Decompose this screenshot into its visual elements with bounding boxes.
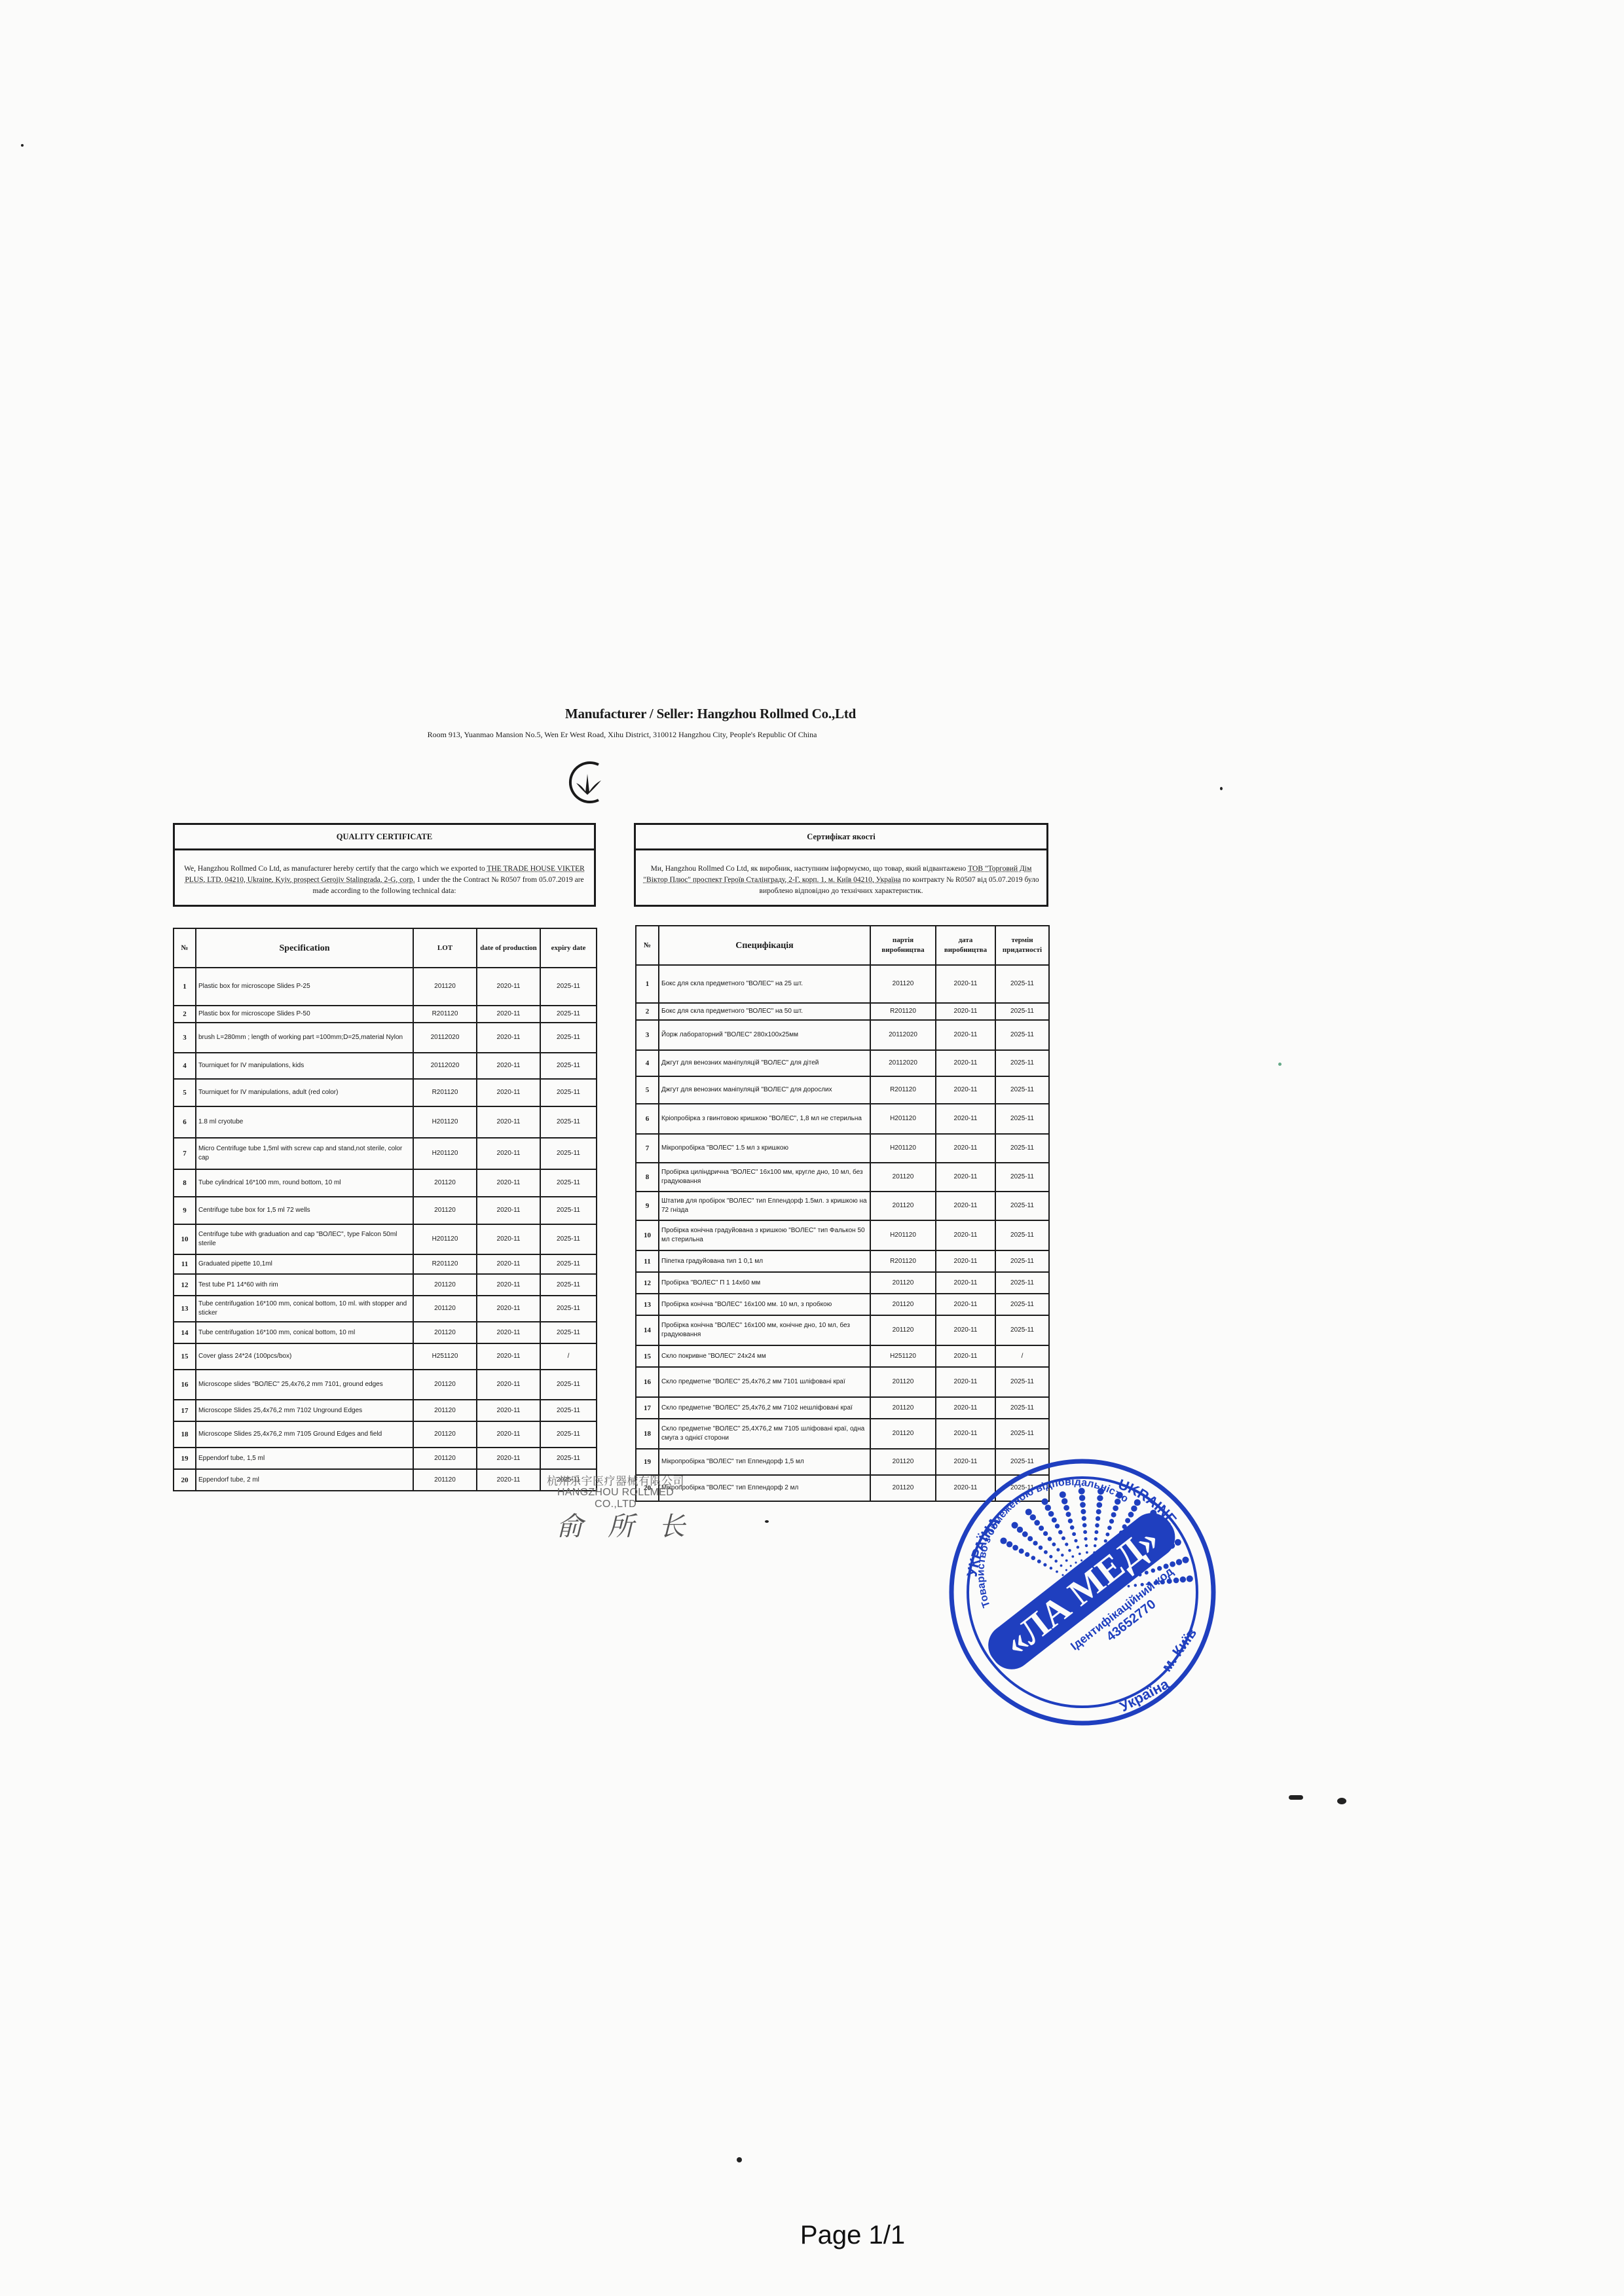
row-specification: Tube centrifugation 16*100 mm, conical b… (196, 1296, 413, 1322)
row-number: 7 (174, 1138, 196, 1169)
row-expiry-date: 2025-11 (995, 1163, 1049, 1192)
table-row: 5Джгут для венозних маніпуляцій "ВОЛЕС" … (636, 1076, 1049, 1104)
scan-speck (1289, 1795, 1303, 1800)
row-number: 11 (174, 1254, 196, 1274)
table-row: 11Graduated pipette 10,1mlR2011202020-11… (174, 1254, 597, 1274)
row-specification: Пробірка циліндрична "ВОЛЕС" 16х100 мм, … (659, 1163, 870, 1192)
table-row: 10Centrifuge tube with graduation and ca… (174, 1224, 597, 1254)
row-expiry-date: 2025-11 (540, 1053, 597, 1079)
row-lot: R201120 (870, 1003, 936, 1020)
row-production-date: 2020-11 (477, 1254, 540, 1274)
table-row: 9Centrifuge tube box for 1,5 ml 72 wells… (174, 1197, 597, 1224)
row-specification: Мікропробірка "ВОЛЕС" тип Еппендорф 1,5 … (659, 1449, 870, 1475)
row-specification: Джгут для венозних маніпуляцій "ВОЛЕС" д… (659, 1050, 870, 1076)
row-lot: H251120 (413, 1343, 477, 1370)
row-lot: 201120 (413, 1370, 477, 1400)
row-number: 13 (636, 1294, 659, 1315)
row-specification: Скло предметне "ВОЛЕС" 25,4х76,2 мм 7101… (659, 1367, 870, 1397)
row-number: 15 (174, 1343, 196, 1370)
row-specification: Йорж лабораторний "ВОЛЕС" 280х100х25мм (659, 1020, 870, 1050)
row-production-date: 2020-11 (936, 1192, 995, 1220)
certificate-statement: We, Hangzhou Rollmed Co Ltd, as manufact… (175, 850, 594, 897)
row-lot: 20112020 (413, 1053, 477, 1079)
table-row: 15Скло покривне "ВОЛЕС" 24х24 ммH2511202… (636, 1345, 1049, 1367)
table-row: 18Microscope Slides 25,4x76,2 mm 7105 Gr… (174, 1421, 597, 1448)
row-specification: Tube cylindrical 16*100 mm, round bottom… (196, 1169, 413, 1197)
table-row: 5Tourniquet for IV manipulations, adult … (174, 1079, 597, 1106)
row-specification: Кріопробірка з гвинтовою кришкою "ВОЛЕС"… (659, 1104, 870, 1134)
row-number: 14 (174, 1322, 196, 1343)
table-row: 6Кріопробірка з гвинтовою кришкою "ВОЛЕС… (636, 1104, 1049, 1134)
row-lot: 20112020 (870, 1050, 936, 1076)
table-row: 1Plastic box for microscope Slides P-252… (174, 968, 597, 1006)
col-expiry-date: термін придатності (995, 926, 1049, 965)
table-body: 1Plastic box for microscope Slides P-252… (174, 968, 597, 1491)
row-production-date: 2020-11 (936, 1250, 995, 1272)
scan-speck (1278, 1063, 1282, 1066)
table-row: 20Eppendorf tube, 2 ml2011202020-112025-… (174, 1469, 597, 1491)
row-specification: Пробірка "ВОЛЕС" П 1 14х60 мм (659, 1272, 870, 1294)
row-specification: Бокс для скла предметного "ВОЛЕС" на 25 … (659, 965, 870, 1003)
row-lot: 201120 (870, 1397, 936, 1419)
table-body: 1Бокс для скла предметного "ВОЛЕС" на 25… (636, 965, 1049, 1501)
row-production-date: 2020-11 (936, 965, 995, 1003)
row-expiry-date: 2025-11 (540, 1296, 597, 1322)
row-lot: R201120 (413, 1006, 477, 1023)
ukrainian-conformity-mark-icon (564, 759, 610, 805)
row-production-date: 2020-11 (477, 1197, 540, 1224)
row-specification: Джгут для венозних маніпуляцій "ВОЛЕС" д… (659, 1076, 870, 1104)
table-row: 2Plastic box for microscope Slides P-50R… (174, 1006, 597, 1023)
row-number: 15 (636, 1345, 659, 1367)
row-number: 16 (174, 1370, 196, 1400)
row-production-date: 2020-11 (477, 1469, 540, 1491)
row-number: 9 (174, 1197, 196, 1224)
row-specification: Cover glass 24*24 (100pcs/box) (196, 1343, 413, 1370)
row-specification: Centrifuge tube box for 1,5 ml 72 wells (196, 1197, 413, 1224)
signature: 俞 所 长 (557, 1506, 694, 1543)
table-row: 3brush L=280mm ; length of working part … (174, 1023, 597, 1053)
row-specification: Скло покривне "ВОЛЕС" 24х24 мм (659, 1345, 870, 1367)
row-lot: 201120 (870, 1294, 936, 1315)
row-lot: H201120 (870, 1134, 936, 1163)
row-expiry-date: 2025-11 (995, 1294, 1049, 1315)
row-expiry-date: 2025-11 (995, 965, 1049, 1003)
table-row: 17Microscope Slides 25,4x76,2 mm 7102 Un… (174, 1400, 597, 1421)
row-number: 18 (636, 1419, 659, 1449)
row-production-date: 2020-11 (936, 1076, 995, 1104)
row-number: 19 (174, 1448, 196, 1469)
row-production-date: 2020-11 (936, 1367, 995, 1397)
row-specification: Test tube P1 14*60 with rim (196, 1274, 413, 1296)
row-specification: Штатив для пробірок "ВОЛЕС" тип Еппендор… (659, 1192, 870, 1220)
row-lot: R201120 (870, 1250, 936, 1272)
table-row: 16Microscope slides "ВОЛЕС" 25,4x76,2 mm… (174, 1370, 597, 1400)
row-production-date: 2020-11 (477, 1138, 540, 1169)
table-row: 13Tube centrifugation 16*100 mm, conical… (174, 1296, 597, 1322)
row-production-date: 2020-11 (477, 1343, 540, 1370)
row-expiry-date: 2025-11 (540, 1138, 597, 1169)
row-lot: 201120 (413, 1296, 477, 1322)
row-lot: 201120 (413, 1322, 477, 1343)
row-specification: Tourniquet for IV manipulations, kids (196, 1053, 413, 1079)
row-production-date: 2020-11 (477, 1274, 540, 1296)
row-expiry-date: 2025-11 (540, 1274, 597, 1296)
row-lot: H201120 (870, 1220, 936, 1250)
row-number: 5 (636, 1076, 659, 1104)
specification-table-ua: № Специфікація партія виробництва дата в… (635, 925, 1050, 1502)
row-production-date: 2020-11 (936, 1050, 995, 1076)
document-title: Manufacturer / Seller: Hangzhou Rollmed … (0, 706, 1624, 722)
col-number: № (636, 926, 659, 965)
table-header-row: № Специфікація партія виробництва дата в… (636, 926, 1049, 965)
row-lot: 201120 (870, 1272, 936, 1294)
certificate-statement: Ми, Hangzhou Rollmed Co Ltd, як виробник… (636, 850, 1046, 897)
table-row: 2Бокс для скла предметного "ВОЛЕС" на 50… (636, 1003, 1049, 1020)
table-row: 14Пробірка конічна "ВОЛЕС" 16х100 мм, ко… (636, 1315, 1049, 1345)
row-specification: Пробірка конічна "ВОЛЕС" 16х100 мм. 10 м… (659, 1294, 870, 1315)
table-row: 12Test tube P1 14*60 with rim2011202020-… (174, 1274, 597, 1296)
row-production-date: 2020-11 (936, 1134, 995, 1163)
row-expiry-date: 2025-11 (540, 1322, 597, 1343)
row-expiry-date: 2025-11 (995, 1076, 1049, 1104)
row-expiry-date: 2025-11 (995, 1050, 1049, 1076)
row-number: 9 (636, 1192, 659, 1220)
table-row: 8Пробірка циліндрична "ВОЛЕС" 16х100 мм,… (636, 1163, 1049, 1192)
row-expiry-date: 2025-11 (540, 968, 597, 1006)
row-production-date: 2020-11 (477, 1053, 540, 1079)
row-specification: Tube centrifugation 16*100 mm, conical b… (196, 1322, 413, 1343)
row-production-date: 2020-11 (936, 1272, 995, 1294)
row-production-date: 2020-11 (936, 1397, 995, 1419)
row-production-date: 2020-11 (477, 1224, 540, 1254)
row-expiry-date: 2025-11 (540, 1224, 597, 1254)
col-specification: Специфікація (659, 926, 870, 965)
row-number: 18 (174, 1421, 196, 1448)
row-expiry-date: 2025-11 (540, 1169, 597, 1197)
row-number: 3 (636, 1020, 659, 1050)
row-number: 2 (636, 1003, 659, 1020)
row-lot: 201120 (413, 1274, 477, 1296)
row-expiry-date: 2025-11 (540, 1023, 597, 1053)
row-number: 20 (174, 1469, 196, 1491)
row-specification: Бокс для скла предметного "ВОЛЕС" на 50 … (659, 1003, 870, 1020)
row-expiry-date: 2025-11 (540, 1106, 597, 1138)
row-lot: 20112020 (870, 1020, 936, 1050)
col-production-date: date of production (477, 928, 540, 968)
row-specification: Micro Centrifuge tube 1,5ml with screw c… (196, 1138, 413, 1169)
row-specification: Centrifuge tube with graduation and cap … (196, 1224, 413, 1254)
table-row: 3Йорж лабораторний "ВОЛЕС" 280х100х25мм2… (636, 1020, 1049, 1050)
row-production-date: 2020-11 (936, 1163, 995, 1192)
row-production-date: 2020-11 (936, 1020, 995, 1050)
col-number: № (174, 928, 196, 968)
row-number: 17 (174, 1400, 196, 1421)
svg-text:м. Київ: м. Київ (1158, 1625, 1200, 1675)
certificate-heading: Сертифікат якості (636, 825, 1046, 850)
table-row: 4Джгут для венозних маніпуляцій "ВОЛЕС" … (636, 1050, 1049, 1076)
row-number: 4 (636, 1050, 659, 1076)
quality-certificate-en: QUALITY CERTIFICATE We, Hangzhou Rollmed… (173, 823, 596, 907)
row-lot: R201120 (413, 1254, 477, 1274)
scan-speck (21, 144, 24, 147)
row-production-date: 2020-11 (477, 1079, 540, 1106)
row-lot: 201120 (870, 1163, 936, 1192)
row-specification: Graduated pipette 10,1ml (196, 1254, 413, 1274)
row-production-date: 2020-11 (936, 1345, 995, 1367)
row-expiry-date: / (995, 1345, 1049, 1367)
row-specification: Піпетка градуйована тип 1 0,1 мл (659, 1250, 870, 1272)
row-specification: Microscope Slides 25,4x76,2 mm 7102 Ungr… (196, 1400, 413, 1421)
row-lot: R201120 (870, 1076, 936, 1104)
row-expiry-date: 2025-11 (995, 1220, 1049, 1250)
row-lot: H201120 (870, 1104, 936, 1134)
row-expiry-date: 2025-11 (995, 1397, 1049, 1419)
table-row: 1Бокс для скла предметного "ВОЛЕС" на 25… (636, 965, 1049, 1003)
page-number: Page 1/1 (0, 2221, 1624, 2250)
row-number: 7 (636, 1134, 659, 1163)
scan-speck (737, 2157, 742, 2162)
row-number: 13 (174, 1296, 196, 1322)
row-production-date: 2020-11 (477, 1322, 540, 1343)
row-specification: Plastic box for microscope Slides P-25 (196, 968, 413, 1006)
table-row: 61.8 ml cryotubeH2011202020-112025-11 (174, 1106, 597, 1138)
row-specification: Eppendorf tube, 2 ml (196, 1469, 413, 1491)
row-number: 6 (174, 1106, 196, 1138)
table-row: 13Пробірка конічна "ВОЛЕС" 16х100 мм. 10… (636, 1294, 1049, 1315)
table-header-row: № Specification LOT date of production e… (174, 928, 597, 968)
row-lot: 201120 (413, 1421, 477, 1448)
row-lot: 201120 (413, 1400, 477, 1421)
row-expiry-date: 2025-11 (995, 1272, 1049, 1294)
col-lot: партія виробництва (870, 926, 936, 965)
row-specification: Скло предметне "ВОЛЕС" 25,4х76,2 мм 7102… (659, 1397, 870, 1419)
col-lot: LOT (413, 928, 477, 968)
table-row: 14Tube centrifugation 16*100 mm, conical… (174, 1322, 597, 1343)
row-number: 6 (636, 1104, 659, 1134)
scan-speck (1220, 787, 1223, 790)
row-specification: Скло предметне "ВОЛЕС" 25,4Х76,2 мм 7105… (659, 1419, 870, 1449)
row-expiry-date: 2025-11 (995, 1104, 1049, 1134)
row-number: 3 (174, 1023, 196, 1053)
row-expiry-date: 2025-11 (540, 1079, 597, 1106)
row-number: 1 (636, 965, 659, 1003)
row-lot: 201120 (870, 965, 936, 1003)
row-lot: H201120 (413, 1138, 477, 1169)
stamp-chinese-name: 杭州乐宇医疗器械有限公司 (540, 1472, 691, 1488)
row-production-date: 2020-11 (477, 1296, 540, 1322)
row-number: 4 (174, 1053, 196, 1079)
row-expiry-date: 2025-11 (540, 1254, 597, 1274)
scan-speck (765, 1520, 769, 1523)
row-expiry-date: 2025-11 (995, 1134, 1049, 1163)
row-specification: brush L=280mm ; length of working part =… (196, 1023, 413, 1053)
row-number: 8 (636, 1163, 659, 1192)
row-lot: 201120 (870, 1367, 936, 1397)
row-specification: Microscope Slides 25,4x76,2 mm 7105 Grou… (196, 1421, 413, 1448)
table-row: 11Піпетка градуйована тип 1 0,1 млR20112… (636, 1250, 1049, 1272)
table-row: 19Eppendorf tube, 1,5 ml2011202020-11202… (174, 1448, 597, 1469)
row-number: 5 (174, 1079, 196, 1106)
row-specification: Tourniquet for IV manipulations, adult (… (196, 1079, 413, 1106)
row-expiry-date: 2025-11 (540, 1421, 597, 1448)
row-expiry-date: 2025-11 (995, 1250, 1049, 1272)
row-expiry-date: 2025-11 (995, 1315, 1049, 1345)
row-lot: 201120 (413, 1197, 477, 1224)
row-number: 8 (174, 1169, 196, 1197)
row-number: 14 (636, 1315, 659, 1345)
manufacturer-address: Room 913, Yuanmao Mansion No.5, Wen Er W… (373, 730, 871, 740)
table-row: 8Tube cylindrical 16*100 mm, round botto… (174, 1169, 597, 1197)
scan-speck (1337, 1798, 1346, 1804)
row-number: 19 (636, 1449, 659, 1475)
col-specification: Specification (196, 928, 413, 968)
row-production-date: 2020-11 (477, 1400, 540, 1421)
row-production-date: 2020-11 (936, 1104, 995, 1134)
row-lot: 201120 (870, 1192, 936, 1220)
table-row: 17Скло предметне "ВОЛЕС" 25,4х76,2 мм 71… (636, 1397, 1049, 1419)
row-expiry-date: 2025-11 (540, 1400, 597, 1421)
row-production-date: 2020-11 (477, 1023, 540, 1053)
row-number: 11 (636, 1250, 659, 1272)
manufacturer-stamp: 杭州乐宇医疗器械有限公司 HANGZHOU ROLLMED CO.,LTD (540, 1472, 691, 1510)
row-lot: 201120 (413, 1169, 477, 1197)
row-specification: Мікропробірка "ВОЛЕС" 1.5 мл з кришкою (659, 1134, 870, 1163)
row-production-date: 2020-11 (936, 1315, 995, 1345)
row-lot: H251120 (870, 1345, 936, 1367)
row-production-date: 2020-11 (936, 1220, 995, 1250)
row-expiry-date: 2025-11 (540, 1370, 597, 1400)
table-row: 7Мікропробірка "ВОЛЕС" 1.5 мл з кришкоюH… (636, 1134, 1049, 1163)
quality-certificate-ua: Сертифікат якості Ми, Hangzhou Rollmed C… (634, 823, 1048, 907)
table-row: 4Tourniquet for IV manipulations, kids20… (174, 1053, 597, 1079)
row-expiry-date: 2025-11 (540, 1448, 597, 1469)
row-specification: 1.8 ml cryotube (196, 1106, 413, 1138)
row-number: 17 (636, 1397, 659, 1419)
title-text: Manufacturer / Seller: Hangzhou Rollmed … (565, 706, 856, 721)
col-expiry-date: expiry date (540, 928, 597, 968)
table-row: 16Скло предметне "ВОЛЕС" 25,4х76,2 мм 71… (636, 1367, 1049, 1397)
row-specification: Пробірка конічна градуйована з кришкою "… (659, 1220, 870, 1250)
specification-table-en: № Specification LOT date of production e… (173, 928, 597, 1491)
row-specification: Plastic box for microscope Slides P-50 (196, 1006, 413, 1023)
row-production-date: 2020-11 (477, 1006, 540, 1023)
row-production-date: 2020-11 (477, 1106, 540, 1138)
row-expiry-date: 2025-11 (995, 1367, 1049, 1397)
row-production-date: 2020-11 (477, 1370, 540, 1400)
row-lot: 201120 (413, 968, 477, 1006)
table-row: 15Cover glass 24*24 (100pcs/box)H2511202… (174, 1343, 597, 1370)
row-lot: 201120 (413, 1469, 477, 1491)
row-specification: Eppendorf tube, 1,5 ml (196, 1448, 413, 1469)
round-company-seal-icon: УКРАЇНА UKRAINE Товариство з обмеженою в… (913, 1440, 1241, 1728)
row-lot: 201120 (870, 1315, 936, 1345)
row-expiry-date: 2025-11 (995, 1003, 1049, 1020)
col-production-date: дата виробництва (936, 926, 995, 965)
row-expiry-date: 2025-11 (540, 1197, 597, 1224)
row-expiry-date: / (540, 1343, 597, 1370)
row-lot: H201120 (413, 1224, 477, 1254)
row-number: 2 (174, 1006, 196, 1023)
row-lot: R201120 (413, 1079, 477, 1106)
row-production-date: 2020-11 (477, 1169, 540, 1197)
row-production-date: 2020-11 (477, 968, 540, 1006)
row-lot: 201120 (413, 1448, 477, 1469)
row-number: 12 (636, 1272, 659, 1294)
row-lot: H201120 (413, 1106, 477, 1138)
table-row: 10Пробірка конічна градуйована з кришкою… (636, 1220, 1049, 1250)
row-production-date: 2020-11 (936, 1294, 995, 1315)
table-row: 12Пробірка "ВОЛЕС" П 1 14х60 мм201120202… (636, 1272, 1049, 1294)
certificate-heading: QUALITY CERTIFICATE (175, 825, 594, 850)
row-production-date: 2020-11 (936, 1003, 995, 1020)
row-lot: 20112020 (413, 1023, 477, 1053)
row-number: 1 (174, 968, 196, 1006)
row-production-date: 2020-11 (477, 1448, 540, 1469)
row-expiry-date: 2025-11 (995, 1192, 1049, 1220)
row-number: 12 (174, 1274, 196, 1296)
table-row: 7Micro Centrifuge tube 1,5ml with screw … (174, 1138, 597, 1169)
row-specification: Microscope slides "ВОЛЕС" 25,4x76,2 mm 7… (196, 1370, 413, 1400)
row-production-date: 2020-11 (477, 1421, 540, 1448)
row-number: 10 (174, 1224, 196, 1254)
row-specification: Пробірка конічна "ВОЛЕС" 16х100 мм, коні… (659, 1315, 870, 1345)
row-expiry-date: 2025-11 (995, 1020, 1049, 1050)
row-expiry-date: 2025-11 (540, 1006, 597, 1023)
row-number: 10 (636, 1220, 659, 1250)
row-number: 16 (636, 1367, 659, 1397)
table-row: 9Штатив для пробірок "ВОЛЕС" тип Еппендо… (636, 1192, 1049, 1220)
